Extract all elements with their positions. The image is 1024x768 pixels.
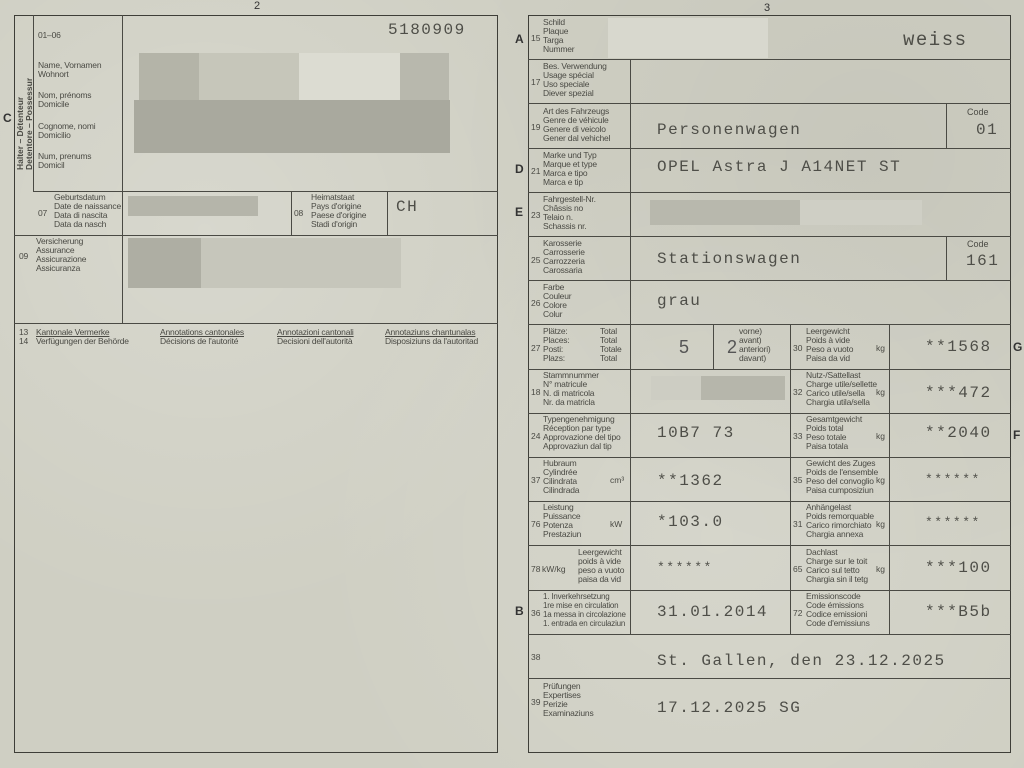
displacement-value: **1362 <box>657 472 724 490</box>
field-35-unit: kg <box>876 475 885 485</box>
redacted-name-3 <box>299 53 400 100</box>
field-17-labels: Bes. Verwendung Usage spécial Uso specia… <box>543 62 607 98</box>
field-01-06-number: 01–06 <box>38 31 61 40</box>
field-39-number: 39 <box>531 697 540 707</box>
holder-vertical-label-2: Detentore – Possessur <box>25 78 34 170</box>
first-registration-value: 31.01.2014 <box>657 603 768 621</box>
seats-front-labels: vorne) avant) anteriori) davant) <box>739 327 771 363</box>
train-weight-value: ****** <box>925 472 981 487</box>
field-33-labels: Gesamtgewicht Poids total Peso totale Pa… <box>806 415 862 451</box>
field-27-number: 27 <box>531 343 540 353</box>
field-21-number: 21 <box>531 166 540 176</box>
field-01-06-labels-rm: Num, prenums Domicil <box>38 152 91 170</box>
color-value: grau <box>657 292 701 310</box>
vehicle-type-value: Personenwagen <box>657 121 801 139</box>
redacted-address <box>134 100 450 153</box>
field-25-labels: Karosserie Carrosserie Carrozzeria Caros… <box>543 239 585 275</box>
code-label: Code <box>967 107 989 117</box>
make-model-value: OPEL Astra J A14NET ST <box>657 158 901 176</box>
body-type-code: 161 <box>966 252 999 270</box>
marker-d: D <box>515 162 524 176</box>
total-weight-value: **2040 <box>925 424 992 442</box>
field-15-number: 15 <box>531 33 540 43</box>
document-number: 5180909 <box>388 21 466 39</box>
field-32-unit: kg <box>876 387 885 397</box>
cantonal-annotations-fr: Annotations cantonales Décisions de l'au… <box>160 328 244 346</box>
field-31-unit: kg <box>876 519 885 529</box>
redacted-birthdate <box>128 196 258 216</box>
field-31-labels: Anhängelast Poids remorquable Carico rim… <box>806 503 874 539</box>
redacted-name <box>139 53 199 100</box>
field-38-number: 38 <box>531 652 540 662</box>
field-78-unit-label: kW/kg <box>542 564 566 574</box>
marker-a: A <box>515 32 524 46</box>
field-17-number: 17 <box>531 77 540 87</box>
field-26-number: 26 <box>531 298 540 308</box>
field-08-value: CH <box>396 198 418 216</box>
field-78-labels: Leergewicht poids à vide peso a vuoto pa… <box>578 548 624 584</box>
field-37-number: 37 <box>531 475 540 485</box>
field-35-labels: Gewicht des Zuges Poids de l'ensemble Pe… <box>806 459 878 495</box>
field-27-labels: Plätze: Places: Posti: Plazs: <box>543 327 569 363</box>
emission-code-value: ***B5b <box>925 603 992 621</box>
field-24-number: 24 <box>531 431 540 441</box>
field-01-06-labels: Name, Vornamen Wohnort <box>38 61 101 79</box>
field-30-unit: kg <box>876 343 885 353</box>
field-09-labels: Versicherung Assurance Assicurazione Ass… <box>36 237 86 273</box>
cantonal-annotations-de: Kantonale Vermerke Verfügungen der Behör… <box>36 328 129 346</box>
field-27-total-labels: Total Total Totale Total <box>600 327 621 363</box>
field-13-14-numbers: 13 14 <box>19 328 28 346</box>
field-37-labels: Hubraum Cylindrée Cilindrata Cilindrada <box>543 459 579 495</box>
field-36-number: 36 <box>531 608 540 618</box>
field-76-labels: Leistung Puissance Potenza Prestaziun <box>543 503 581 539</box>
type-approval-value: 10B7 73 <box>657 424 735 442</box>
field-01-06-labels-it: Cognome, nomi Domicilio <box>38 122 95 140</box>
marker-e: E <box>515 205 523 219</box>
field-18-labels: Stammnummer N° matricule N. di matricola… <box>543 371 599 407</box>
redacted-insurance-2 <box>201 238 401 288</box>
roof-load-value: ***100 <box>925 559 992 577</box>
field-08-labels: Heimatstaat Pays d'origine Paese d'origi… <box>311 193 366 229</box>
field-65-unit: kg <box>876 564 885 574</box>
redacted-matricule-2 <box>701 376 785 400</box>
field-65-labels: Dachlast Charge sur le toit Carico sul t… <box>806 548 868 584</box>
field-07-labels: Geburtsdatum Date de naissance Data di n… <box>54 193 121 229</box>
redacted-chassis-2 <box>800 200 922 225</box>
towing-capacity-value: ****** <box>925 515 981 530</box>
field-36-labels: 1. Inverkehrsetzung 1re mise en circulat… <box>543 592 626 628</box>
field-18-number: 18 <box>531 387 540 397</box>
cantonal-annotations-rm: Annotaziuns chantunalas Disposiziuns da … <box>385 328 478 346</box>
body-type-value: Stationswagen <box>657 250 801 268</box>
power-weight-value: ****** <box>657 560 713 575</box>
payload-value: ***472 <box>925 384 992 402</box>
redacted-name-2 <box>199 53 299 100</box>
field-23-labels: Fahrgestell-Nr. Châssis no Telaio n. Sch… <box>543 195 596 231</box>
field-01-06-labels-fr: Nom, prénoms Domicile <box>38 91 91 109</box>
field-30-number: 30 <box>793 343 802 353</box>
redacted-plate <box>608 18 768 58</box>
section-c-marker: C <box>3 111 12 125</box>
redacted-name-4 <box>400 53 449 100</box>
field-72-labels: Emissionscode Code émissions Codice emis… <box>806 592 870 628</box>
plate-color-value: weiss <box>903 29 968 51</box>
field-76-number: 76 <box>531 519 540 529</box>
field-76-unit: kW <box>610 519 622 529</box>
field-78-number: 78 <box>531 564 540 574</box>
seats-total-value: 5 <box>679 337 689 358</box>
page-number-right: 3 <box>764 2 770 14</box>
page-number-left: 2 <box>254 0 260 12</box>
field-19-labels: Art des Fahrzeugs Genre de véhicule Gene… <box>543 107 610 143</box>
marker-f: F <box>1013 428 1020 442</box>
field-65-number: 65 <box>793 564 802 574</box>
field-39-labels: Prüfungen Expertises Perizie Examinaziun… <box>543 682 594 718</box>
redacted-insurance <box>128 238 201 288</box>
field-07-number: 07 <box>38 209 47 218</box>
marker-b: B <box>515 604 524 618</box>
cantonal-annotations-it: Annotazioni cantonali Decisioni dell'aut… <box>277 328 354 346</box>
marker-g: G <box>1013 340 1022 354</box>
seats-front-value: 2 <box>727 337 737 358</box>
field-32-number: 32 <box>793 387 802 397</box>
power-value: *103.0 <box>657 513 724 531</box>
field-24-labels: Typengenehmigung Réception par type Appr… <box>543 415 621 451</box>
field-30-labels: Leergewicht Poids à vide Peso a vuoto Pa… <box>806 327 853 363</box>
field-09-number: 09 <box>19 252 28 261</box>
redacted-chassis <box>650 200 800 225</box>
field-25-number: 25 <box>531 255 540 265</box>
field-32-labels: Nutz-/Sattellast Charge utile/sellette C… <box>806 371 877 407</box>
field-08-number: 08 <box>294 209 303 218</box>
issue-place-date-value: St. Gallen, den 23.12.2025 <box>657 652 946 670</box>
code-label-2: Code <box>967 239 989 249</box>
field-33-number: 33 <box>793 431 802 441</box>
field-33-unit: kg <box>876 431 885 441</box>
field-72-number: 72 <box>793 608 802 618</box>
field-35-number: 35 <box>793 475 802 485</box>
redacted-matricule <box>651 376 701 400</box>
inspection-value: 17.12.2025 SG <box>657 699 801 717</box>
field-31-number: 31 <box>793 519 802 529</box>
empty-weight-value: **1568 <box>925 338 992 356</box>
field-23-number: 23 <box>531 210 540 220</box>
field-26-labels: Farbe Couleur Colore Colur <box>543 283 571 319</box>
field-15-labels: Schild Plaque Targa Nummer <box>543 18 574 54</box>
field-37-unit: cm³ <box>610 475 624 485</box>
field-21-labels: Marke und Typ Marque et type Marca e tip… <box>543 151 597 187</box>
field-19-number: 19 <box>531 122 540 132</box>
vehicle-type-code: 01 <box>976 121 998 139</box>
